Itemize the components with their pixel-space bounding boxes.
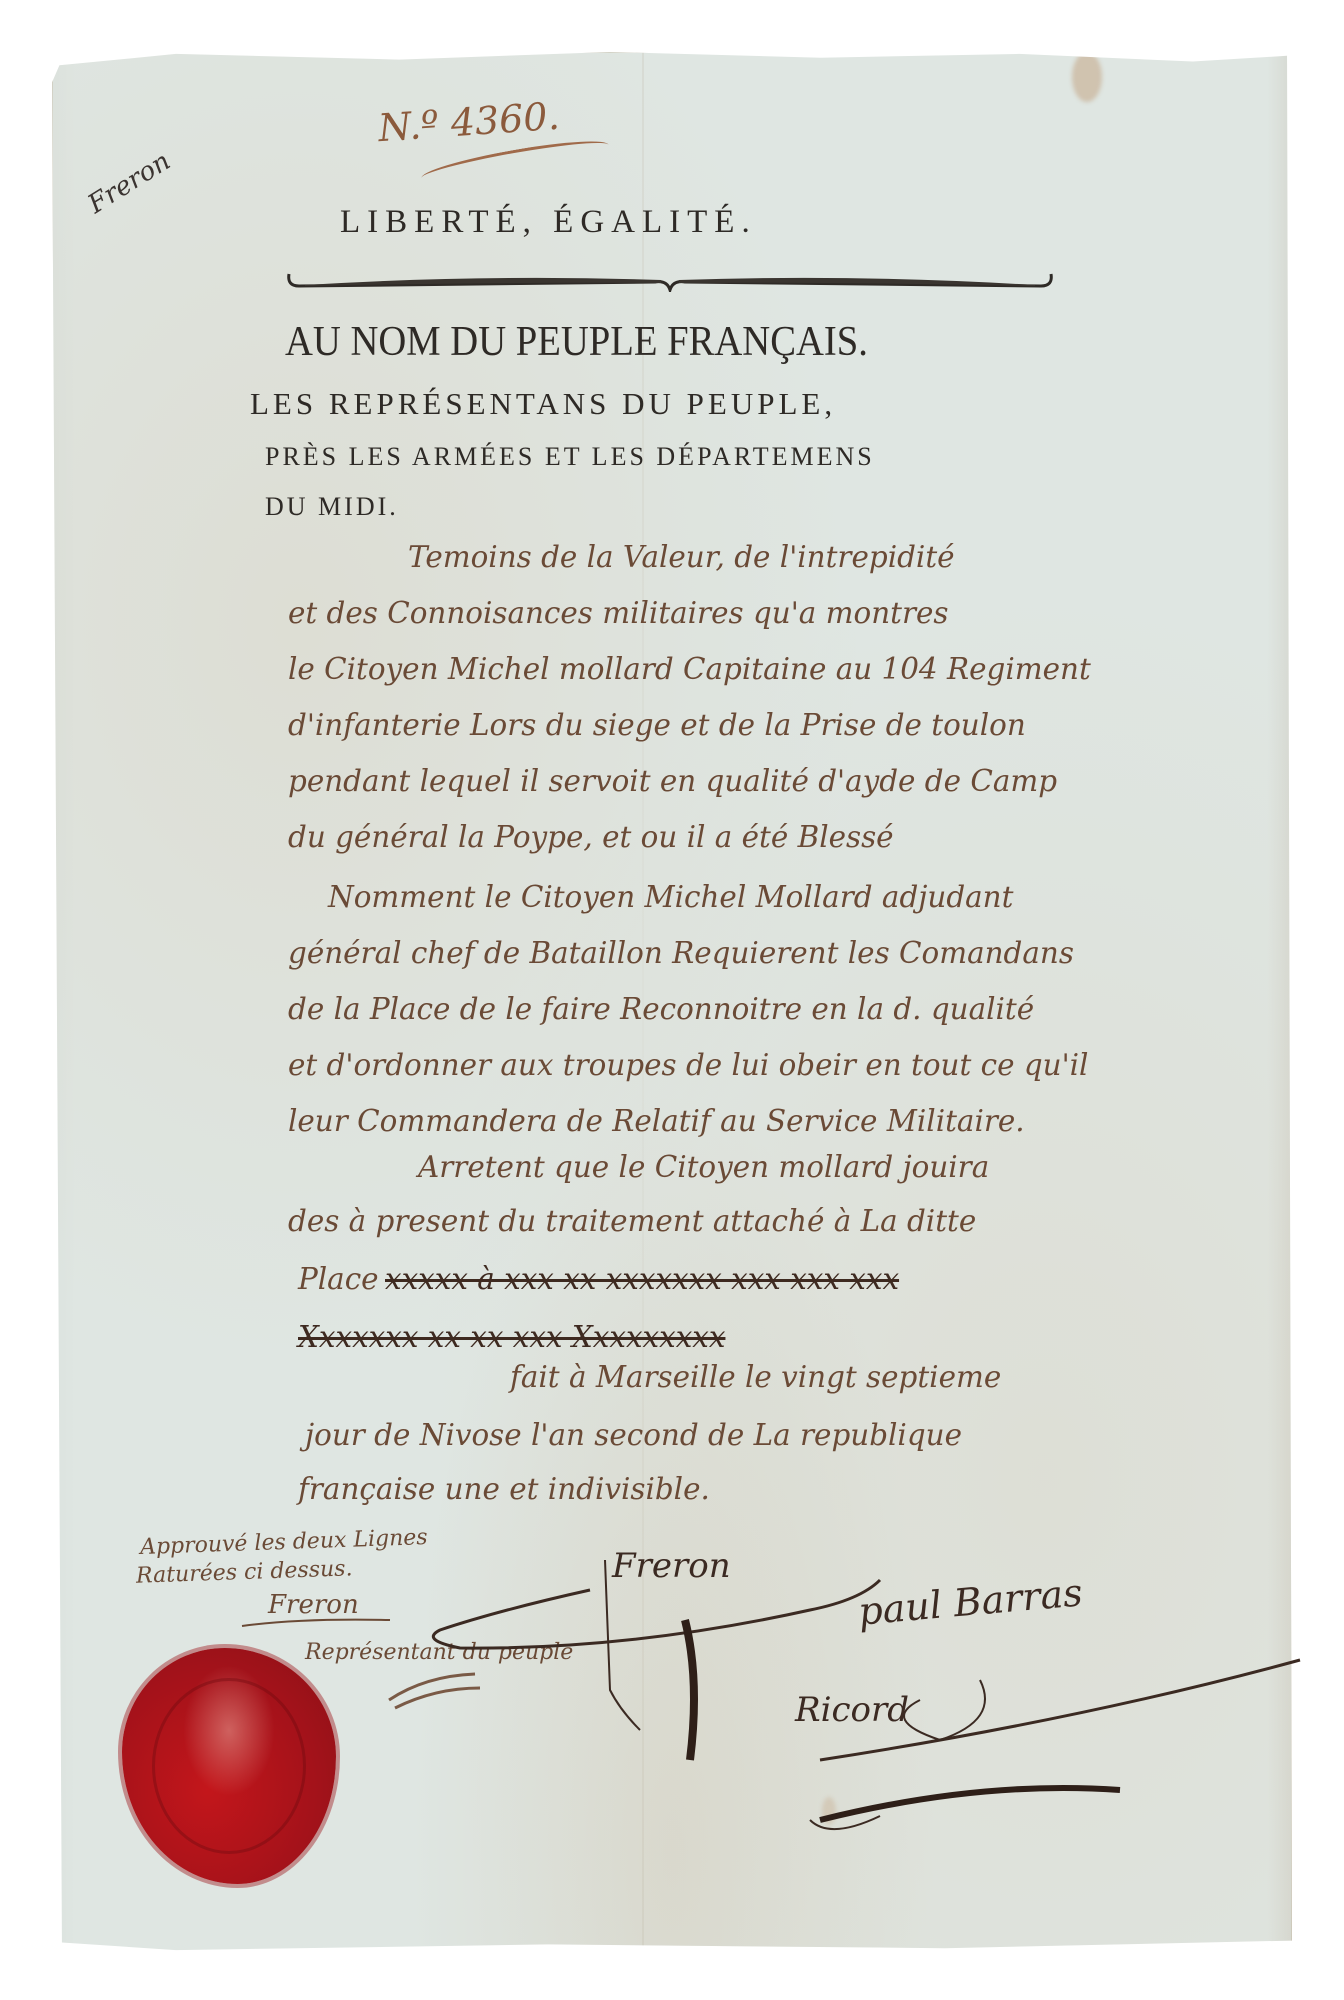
- approval-signer: Freron: [268, 1590, 359, 1620]
- body-line: et d'ordonner aux troupes de lui obeir e…: [288, 1048, 1088, 1083]
- body-line: leur Commandera de Relatif au Service Mi…: [288, 1104, 1025, 1139]
- closing-line: jour de Nivose l'an second de La republi…: [305, 1418, 962, 1453]
- body-line: pendant lequel il servoit en qualité d'a…: [288, 764, 1057, 799]
- closing-line: française une et indivisible.: [298, 1472, 710, 1507]
- foxing-stain: [822, 1797, 836, 1825]
- body-line: du général la Poype, et ou il a été Bles…: [288, 820, 894, 855]
- printed-heading-3: Près les armées et les départemens: [265, 442, 875, 472]
- ink-stain: [1072, 52, 1102, 102]
- approval-title: Représentant du peuple: [305, 1640, 573, 1665]
- body-line: Temoins de la Valeur, de l'intrepidité: [408, 540, 955, 575]
- body-line: Nomment le Citoyen Michel Mollard adjuda…: [328, 880, 1013, 915]
- printed-motto: Liberté, Égalité.: [340, 204, 757, 241]
- signature-ricord: Ricord: [795, 1690, 909, 1730]
- body-line: des à present du traitement attaché à La…: [288, 1204, 976, 1239]
- body-line: Place: [298, 1262, 379, 1297]
- body-line: le Citoyen Michel mollard Capitaine au 1…: [288, 652, 1091, 687]
- printed-heading-1: Au nom du peuple français.: [285, 318, 868, 366]
- body-line: Arretent que le Citoyen mollard jouira: [418, 1150, 989, 1185]
- signature-freron: Freron: [612, 1546, 731, 1586]
- foxing-stain: [1282, 1952, 1294, 1972]
- closing-line: fait à Marseille le vingt septieme: [510, 1360, 1001, 1395]
- printed-heading-2: Les représentans du peuple,: [250, 386, 836, 422]
- ornament-rule-icon: [285, 268, 1055, 292]
- body-line: d'infanterie Lors du siege et de la Pris…: [288, 708, 1026, 743]
- body-line: général chef de Bataillon Requierent les…: [288, 936, 1074, 971]
- struck-text: xxxxx à xxx xx xxxxxxx xxx xxx xxx: [385, 1262, 899, 1297]
- body-line: et des Connoisances militaires qu'a mont…: [288, 596, 949, 631]
- struck-text: Xxxxxxx xx xx xxx Xxxxxxxxx: [298, 1320, 725, 1355]
- body-line: de la Place de le faire Reconnoitre en l…: [288, 992, 1034, 1027]
- printed-heading-4: du Midi.: [265, 492, 399, 522]
- seal-impression-icon: [152, 1678, 306, 1854]
